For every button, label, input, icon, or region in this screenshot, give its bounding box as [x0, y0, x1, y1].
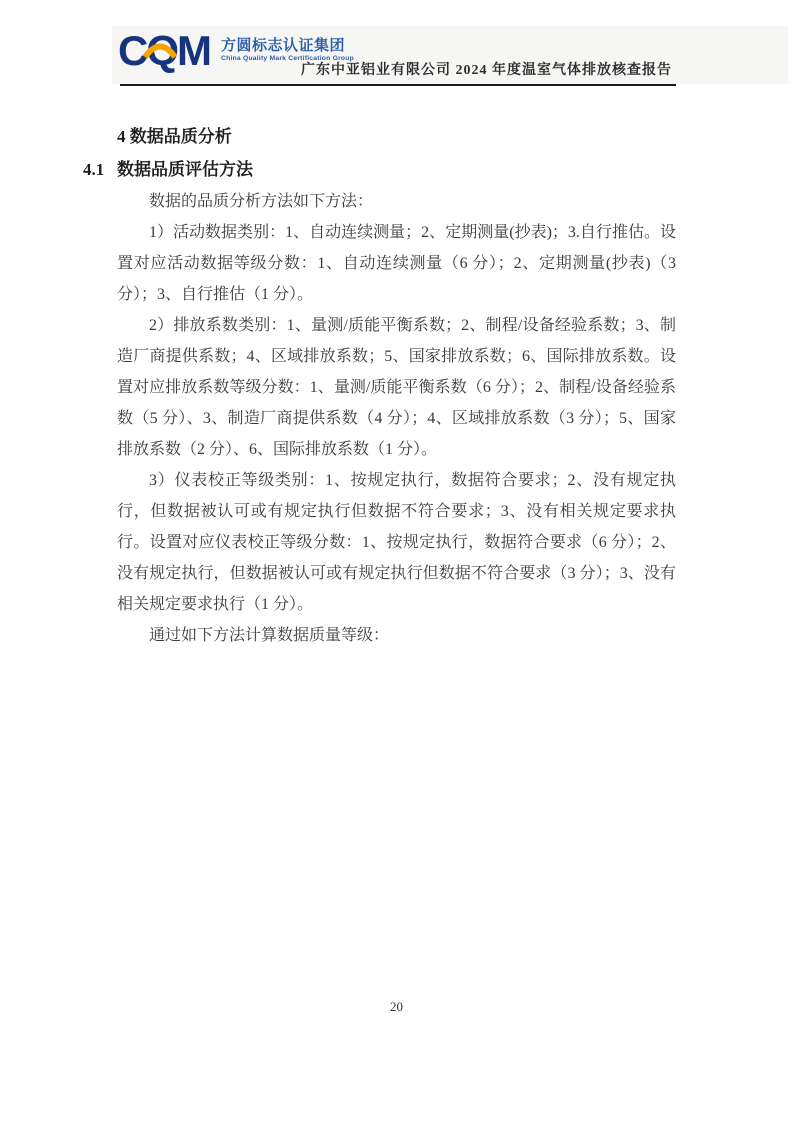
paragraph-emission-factor: 2）排放系数类别：1、量测/质能平衡系数；2、制程/设备经验系数；3、制造厂商提…: [117, 310, 676, 465]
subsection-title: 数据品质评估方法: [117, 160, 253, 179]
document-page: CQM 方圆标志认证集团 China Quality Mark Certific…: [0, 0, 793, 1122]
page-footer: 20: [0, 998, 793, 1016]
report-title: 广东中亚铝业有限公司 2024 年度温室气体排放核查报告: [301, 59, 672, 79]
subsection-heading: 4.1 数据品质评估方法: [117, 153, 676, 186]
paragraphs: 数据的品质分析方法如下方法： 1）活动数据类别：1、自动连续测量；2、定期测量(…: [117, 186, 676, 651]
subsection-number: 4.1: [83, 153, 104, 186]
header-rule: [120, 84, 676, 86]
document-body: 4 数据品质分析 4.1 数据品质评估方法 数据的品质分析方法如下方法： 1）活…: [117, 120, 676, 651]
paragraph-activity-data: 1）活动数据类别：1、自动连续测量；2、定期测量(抄表)；3.自行推估。设置对应…: [117, 217, 676, 310]
page-number: 20: [390, 999, 403, 1014]
paragraph-meter-calibration: 3）仪表校正等级类别：1、按规定执行，数据符合要求；2、没有规定执行，但数据被认…: [117, 465, 676, 620]
cqm-logo-mark: CQM: [118, 28, 210, 74]
header-band: CQM 方圆标志认证集团 China Quality Mark Certific…: [112, 26, 788, 84]
section-heading: 4 数据品质分析: [117, 120, 676, 153]
logo-cn-name: 方圆标志认证集团: [221, 37, 354, 54]
logo-arc-icon: [142, 22, 178, 38]
paragraph-intro: 数据的品质分析方法如下方法：: [117, 186, 676, 217]
paragraph-closing: 通过如下方法计算数据质量等级：: [117, 620, 676, 651]
